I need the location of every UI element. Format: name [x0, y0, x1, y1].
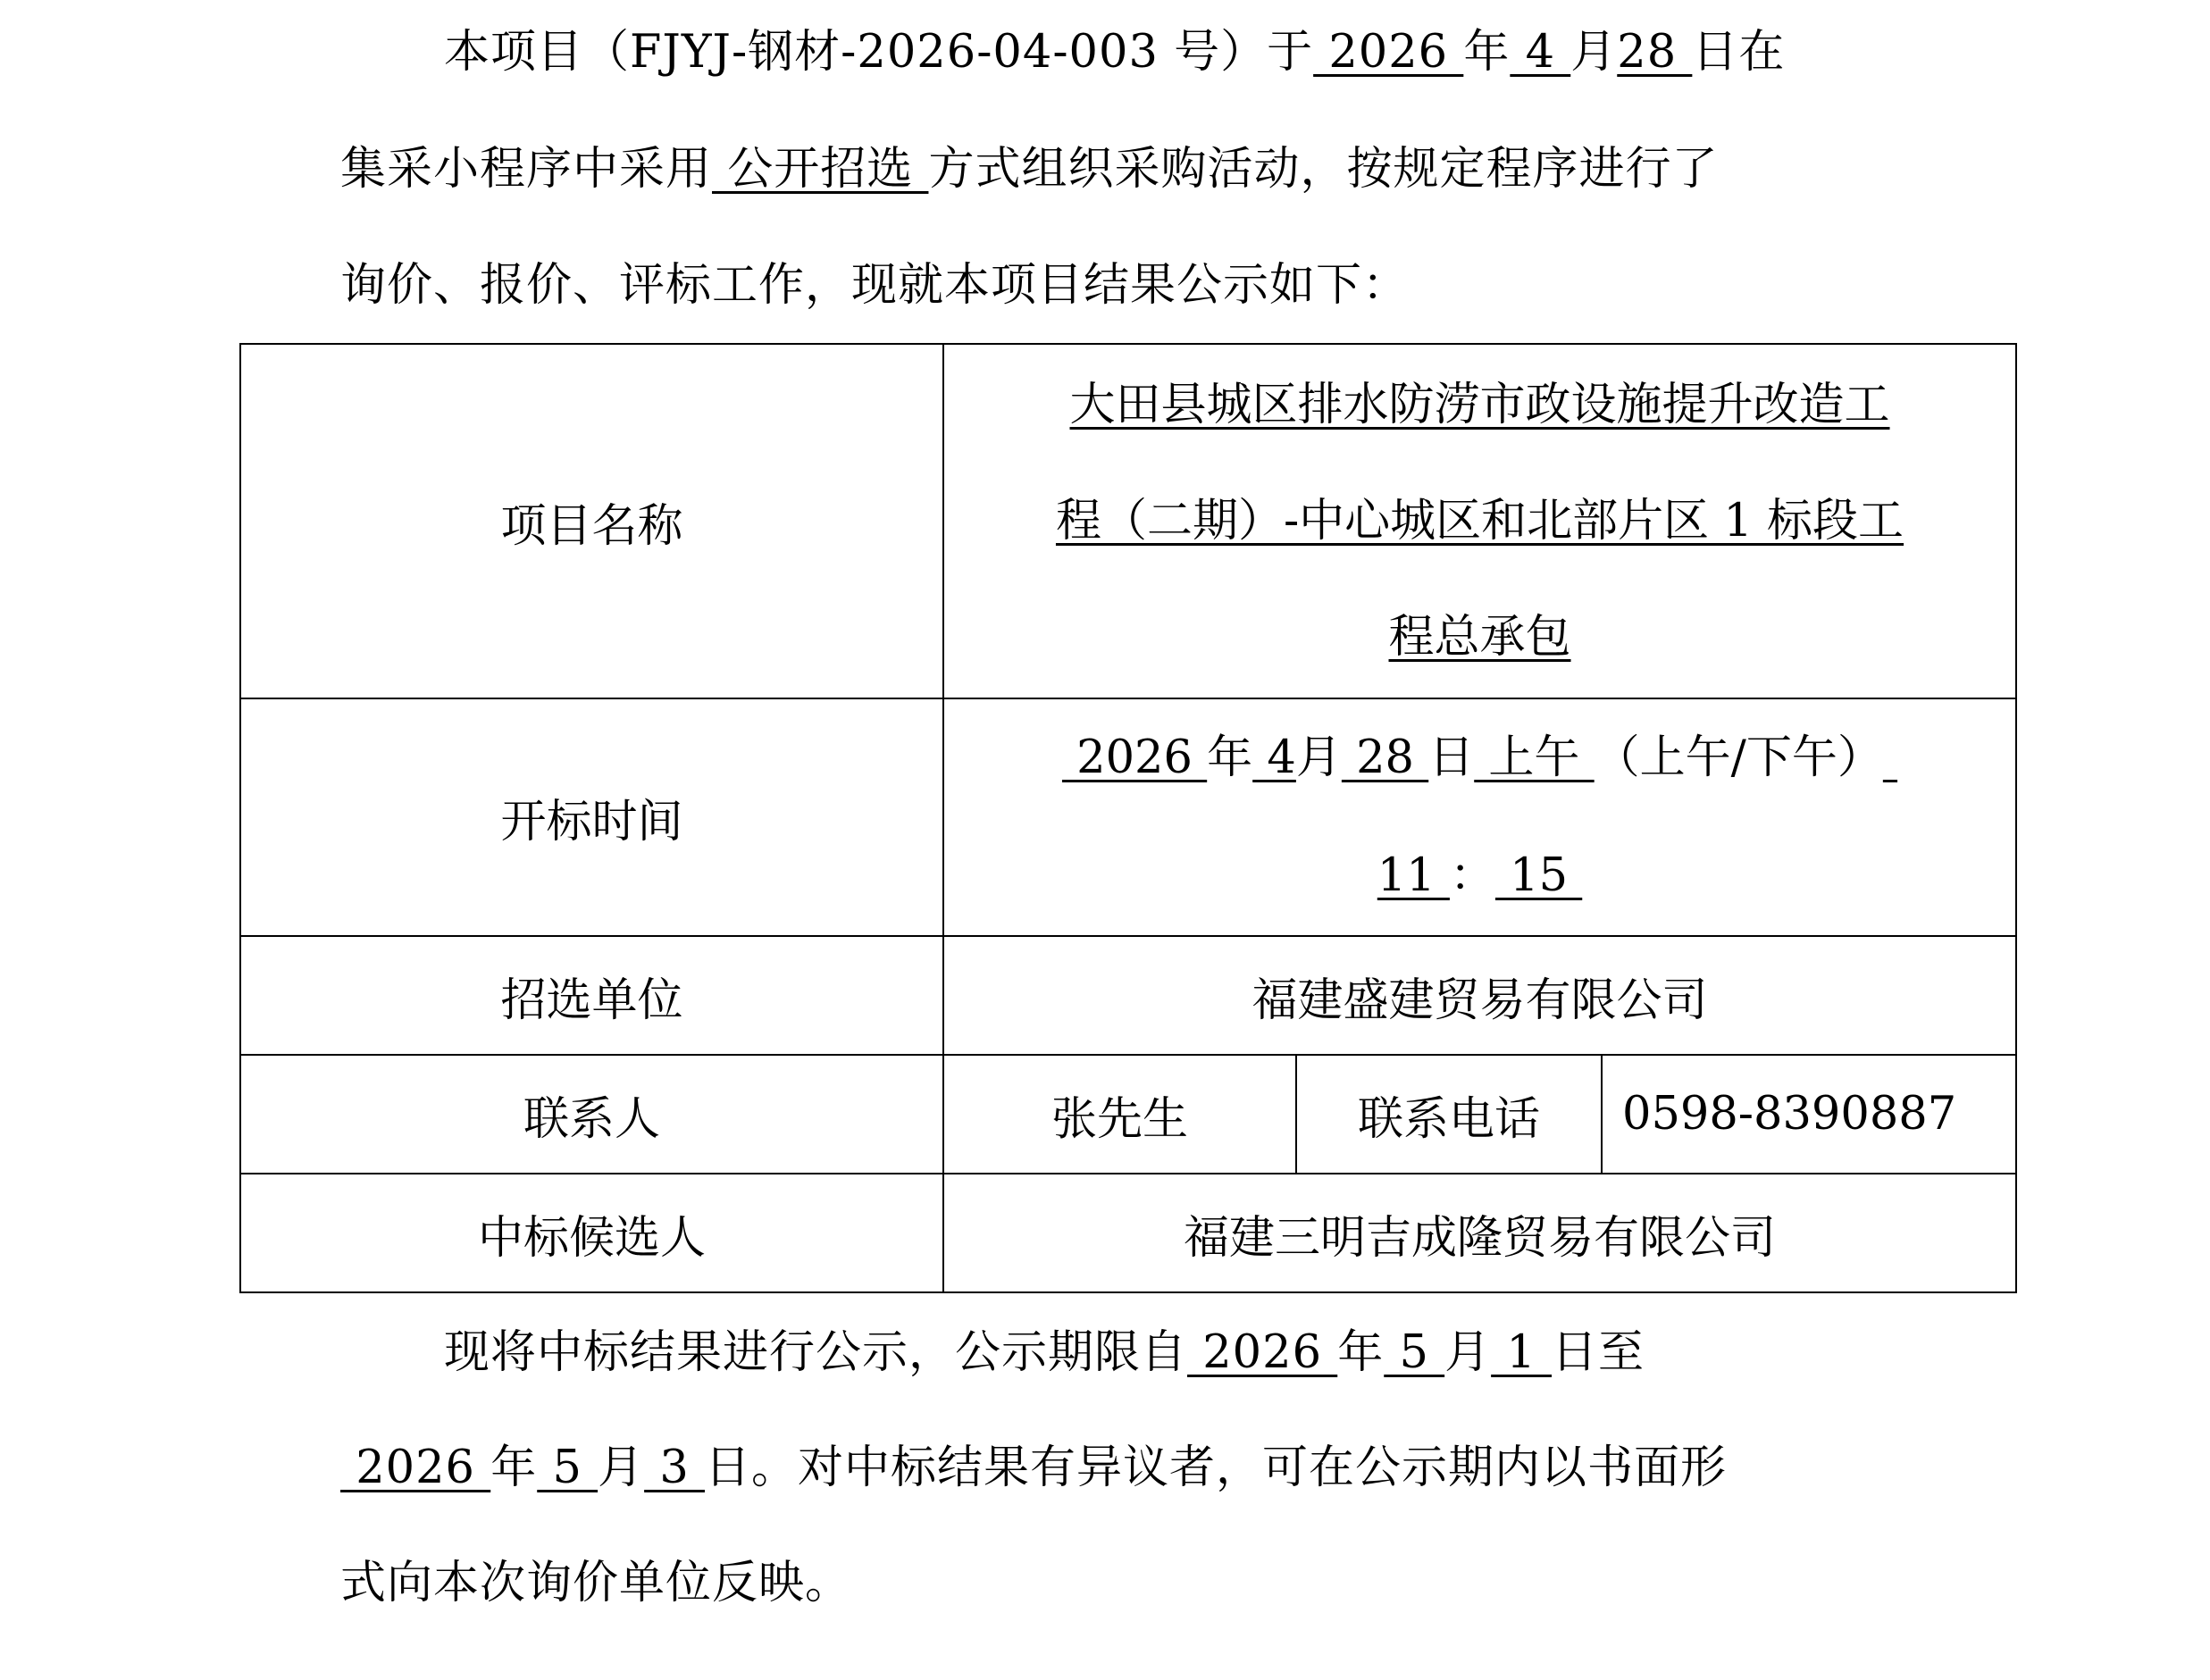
year-unit: 年 — [1337, 1326, 1384, 1379]
outro-line-1: 现将中标结果进行公示，公示期限自 2026 年 5 月 1 日至 — [444, 1322, 1645, 1384]
contact-label: 联系人 — [240, 1055, 943, 1174]
open-period: 上午 — [1474, 731, 1594, 784]
project-name-value: 大田县城区排水防涝市政设施提升改造工 程（二期）-中心城区和北部片区 1 标段工… — [943, 344, 2016, 698]
publicity-end-year: 2026 — [340, 1442, 490, 1494]
publicity-start-year: 2026 — [1187, 1326, 1337, 1379]
year-unit: 年 — [1207, 731, 1252, 784]
open-month: 4 — [1252, 731, 1296, 784]
intro-line-2-prefix: 集采小程序中采用 — [340, 143, 712, 196]
intro-line-3: 询价、报价、评标工作，现就本项目结果公示如下： — [340, 255, 1409, 317]
project-name-label: 项目名称 — [240, 344, 943, 698]
outro-line-2-suffix: 日。对中标结果有异议者，可在公示期内以书面形 — [705, 1442, 1727, 1494]
month-unit: 月 — [1570, 26, 1617, 79]
procurement-method: 公开招选 — [712, 143, 928, 196]
winning-candidate-label: 中标候选人 — [240, 1174, 943, 1292]
open-hour: 11 — [1377, 849, 1450, 902]
month-unit: 月 — [1296, 731, 1342, 784]
winning-candidate-value: 福建三明吉成隆贸易有限公司 — [943, 1174, 2016, 1292]
month-unit: 月 — [598, 1442, 644, 1494]
outro-line-3: 式向本次询价单位反映。 — [340, 1552, 851, 1615]
month-unit: 月 — [1444, 1326, 1491, 1379]
project-name-line-3: 程总承包 — [1389, 611, 1571, 664]
intro-line-1: 本项目（FJYJ-钢材-2026-04-003 号）于 2026 年 4 月28… — [444, 21, 1785, 84]
tender-unit-value: 福建盛建贸易有限公司 — [943, 936, 2016, 1055]
row-tender-unit: 招选单位 福建盛建贸易有限公司 — [240, 936, 2016, 1055]
trailing-blank — [1883, 731, 1897, 784]
phone-value: 0598-8390887 — [1602, 1055, 2016, 1174]
contact-value: 张先生 — [943, 1055, 1296, 1174]
project-name-line-1: 大田县城区排水防涝市政设施提升改造工 — [1070, 379, 1890, 431]
row-winning-candidate: 中标候选人 福建三明吉成隆贸易有限公司 — [240, 1174, 2016, 1292]
row-contact: 联系人 张先生 联系电话 0598-8390887 — [240, 1055, 2016, 1174]
row-open-time: 开标时间 2026 年 4月 28 日 上午 （上午/下午） 11 ： 15 — [240, 698, 2016, 936]
open-day: 28 — [1342, 731, 1428, 784]
year-unit: 年 — [1463, 26, 1510, 79]
row-project-name: 项目名称 大田县城区排水防涝市政设施提升改造工 程（二期）-中心城区和北部片区 … — [240, 344, 2016, 698]
intro-day: 28 — [1617, 26, 1692, 79]
outro-line-1-prefix: 现将中标结果进行公示，公示期限自 — [444, 1326, 1187, 1379]
tender-unit-label: 招选单位 — [240, 936, 943, 1055]
publicity-end-day: 3 — [644, 1442, 705, 1494]
day-unit: 日 — [1428, 731, 1474, 784]
project-name-line-2: 程（二期）-中心城区和北部片区 1 标段工 — [1056, 495, 1904, 547]
day-unit: 日在 — [1692, 26, 1785, 79]
intro-project-code-text: 本项目（FJYJ-钢材-2026-04-003 号）于 — [444, 26, 1313, 79]
period-hint: （上午/下午） — [1595, 731, 1883, 784]
intro-month: 4 — [1510, 26, 1570, 79]
open-year: 2026 — [1062, 731, 1207, 784]
intro-line-2: 集采小程序中采用 公开招选 方式组织采购活动，按规定程序进行了 — [340, 138, 1718, 201]
outro-line-2: 2026 年 5 月 3 日。对中标结果有异议者，可在公示期内以书面形 — [340, 1437, 1727, 1500]
intro-line-2-suffix: 方式组织采购活动，按规定程序进行了 — [928, 143, 1718, 196]
day-unit: 日至 — [1552, 1326, 1645, 1379]
result-table: 项目名称 大田县城区排水防涝市政设施提升改造工 程（二期）-中心城区和北部片区 … — [239, 343, 2017, 1293]
intro-year: 2026 — [1313, 26, 1463, 79]
open-time-label: 开标时间 — [240, 698, 943, 936]
publicity-start-day: 1 — [1491, 1326, 1552, 1379]
year-unit: 年 — [490, 1442, 537, 1494]
publicity-end-month: 5 — [537, 1442, 598, 1494]
phone-label: 联系电话 — [1296, 1055, 1602, 1174]
open-minute: 15 — [1495, 849, 1582, 902]
open-time-value: 2026 年 4月 28 日 上午 （上午/下午） 11 ： 15 — [943, 698, 2016, 936]
time-colon: ： — [1450, 849, 1495, 902]
publicity-start-month: 5 — [1384, 1326, 1444, 1379]
